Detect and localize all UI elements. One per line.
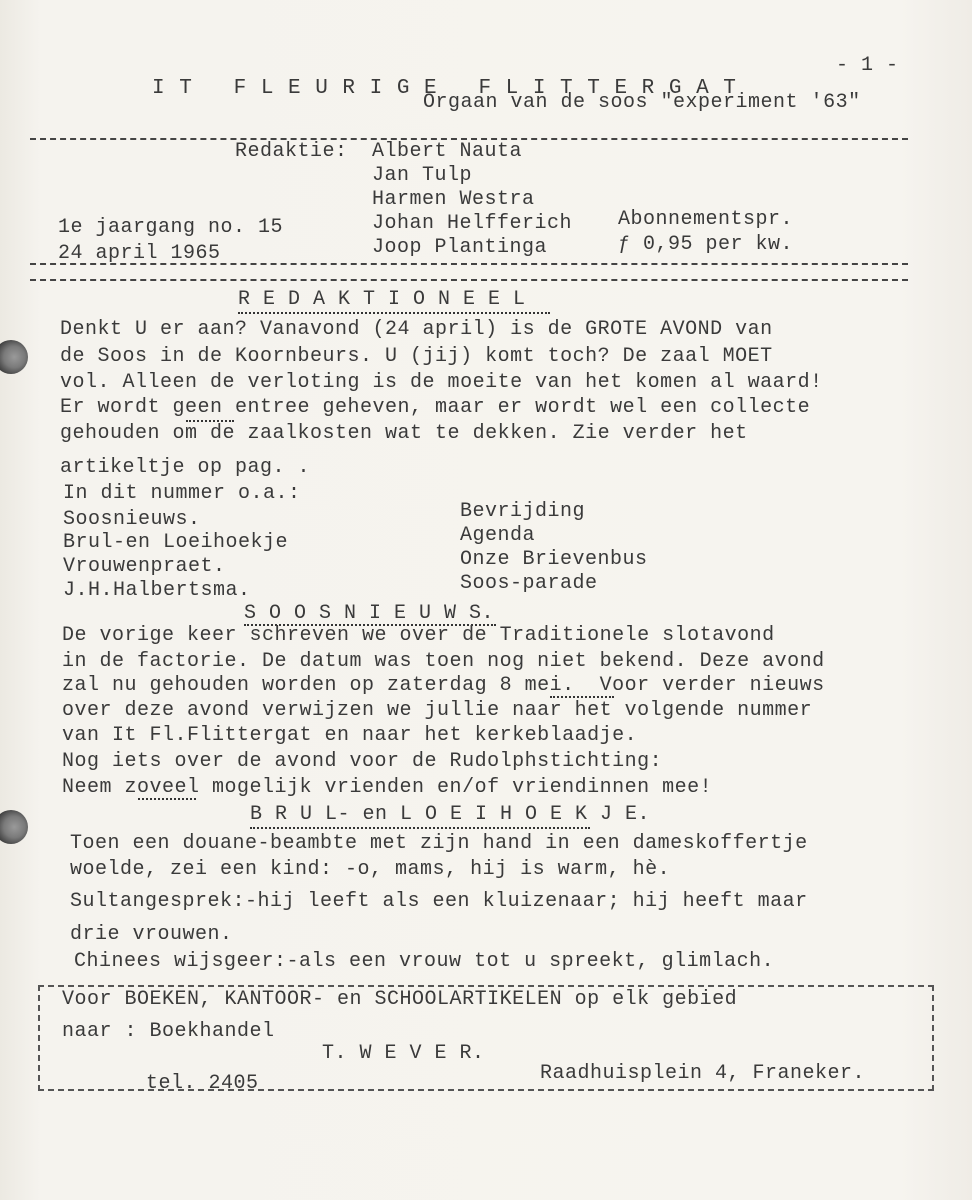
paragraph-line: gehouden om de zaalkosten wat te dekken.… — [60, 424, 748, 444]
paragraph-line: over deze avond verwijzen we jullie naar… — [62, 701, 812, 721]
contents-item: Bevrijding — [460, 502, 585, 522]
paragraph-line: de Soos in de Koornbeurs. U (jij) komt t… — [60, 347, 773, 367]
paragraph-line: Er wordt geen entree geheven, maar er wo… — [60, 398, 810, 418]
word-underline — [138, 798, 196, 800]
advert-line: naar : Boekhandel — [62, 1022, 275, 1042]
paragraph-line: Toen een douane-beambte met zijn hand in… — [70, 834, 808, 854]
volume-number: 1e jaargang no. 15 — [58, 218, 283, 238]
paragraph-line: De vorige keer schreven we over de Tradi… — [62, 626, 775, 646]
redaktie-label: Redaktie: — [235, 142, 348, 162]
contents-item: Vrouwenpraet. — [63, 557, 226, 577]
paragraph-line: zal nu gehouden worden op zaterdag 8 mei… — [62, 676, 825, 696]
issue-date: 24 april 1965 — [58, 244, 221, 264]
contents-item: Onze Brievenbus — [460, 550, 648, 570]
advert-line: Voor BOEKEN, KANTOOR- en SCHOOLARTIKELEN… — [62, 990, 737, 1010]
paragraph-line: Nog iets over de avond voor de Rudolphst… — [62, 752, 662, 772]
newsletter-subtitle: Orgaan van de soos "experiment '63" — [423, 93, 861, 113]
editor: Albert Nauta — [372, 142, 522, 162]
heading-underline — [238, 312, 550, 314]
advert-shop-name: T. W E V E R. — [322, 1044, 485, 1064]
advert-phone: tel. 2405 — [146, 1074, 259, 1094]
heading-underline — [250, 827, 590, 829]
page-number: - 1 - — [836, 56, 899, 76]
subscription-label: Abonnementspr. — [618, 210, 793, 230]
editor: Joop Plantinga — [372, 238, 547, 258]
paragraph-line: Chinees wijsgeer:-als een vrouw tot u sp… — [74, 952, 774, 972]
section-heading-brul: B R U L- en L O E I H O E K J E. — [250, 805, 650, 825]
punch-hole — [0, 340, 28, 374]
contents-item: Soosnieuws. — [63, 510, 201, 530]
paragraph-line: in de factorie. De datum was toen nog ni… — [62, 652, 825, 672]
editor: Johan Helfferich — [372, 214, 572, 234]
editor: Harmen Westra — [372, 190, 535, 210]
divider — [30, 263, 908, 265]
paragraph-line: woelde, zei een kind: -o, mams, hij is w… — [70, 860, 670, 880]
punch-hole — [0, 810, 28, 844]
section-heading-redaktioneel: R E D A K T I O N E E L — [238, 290, 526, 310]
section-heading-soosnieuws: S O O S N I E U W S. — [244, 604, 494, 624]
contents-item: Soos-parade — [460, 574, 598, 594]
subscription-price: ƒ 0,95 per kw. — [618, 235, 793, 255]
date-underline — [550, 696, 614, 698]
contents-intro: In dit nummer o.a.: — [63, 484, 301, 504]
editor: Jan Tulp — [372, 166, 472, 186]
document-page: - 1 - I T F L E U R I G E F L I T T E R … — [0, 0, 972, 1200]
divider — [30, 279, 908, 281]
contents-item: Agenda — [460, 526, 535, 546]
contents-item: J.H.Halbertsma. — [63, 581, 251, 601]
contents-item: Brul-en Loeihoekje — [63, 533, 288, 553]
advert-address: Raadhuisplein 4, Franeker. — [540, 1064, 865, 1084]
paragraph-line: vol. Alleen de verloting is de moeite va… — [60, 373, 823, 393]
paragraph-line: van It Fl.Flittergat en naar het kerkebl… — [62, 726, 637, 746]
paragraph-line: Sultangesprek:-hij leeft als een kluizen… — [70, 892, 808, 912]
paragraph-line: Neem zoveel mogelijk vrienden en/of vrie… — [62, 778, 712, 798]
paragraph-line: drie vrouwen. — [70, 925, 233, 945]
paragraph-line: artikeltje op pag. . — [60, 458, 310, 478]
paragraph-line: Denkt U er aan? Vanavond (24 april) is d… — [60, 320, 773, 340]
